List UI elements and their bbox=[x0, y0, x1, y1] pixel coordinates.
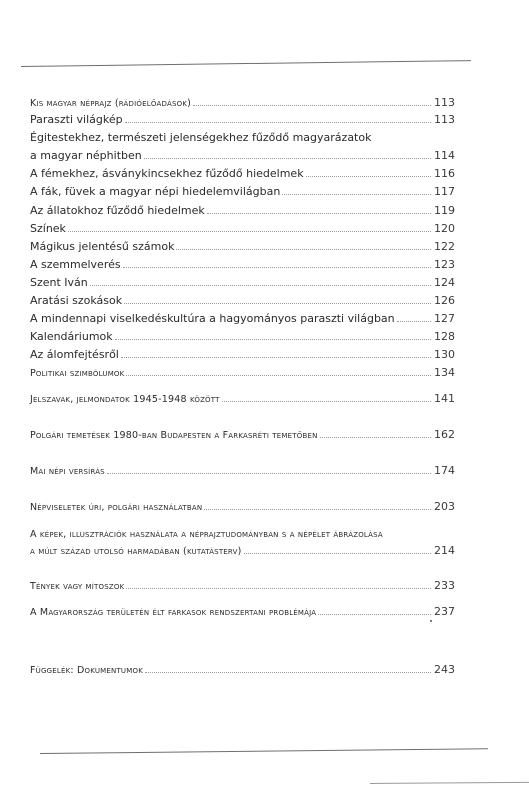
toc-entry: Színek 120 bbox=[30, 222, 455, 235]
dot-leader bbox=[68, 230, 431, 232]
toc-entry-title: Kalendáriumok bbox=[30, 330, 113, 343]
dot-leader bbox=[204, 508, 431, 510]
dot-leader bbox=[126, 587, 431, 589]
dot-leader bbox=[282, 193, 431, 195]
toc-entry-page: 130 bbox=[434, 348, 455, 361]
dot-leader bbox=[244, 552, 431, 554]
toc-entry-title: Az álomfejtésről bbox=[30, 348, 119, 361]
toc-entry-title: A szemmelverés bbox=[30, 258, 121, 271]
toc-entry-title: Polgári temetések 1980-ban Budapesten a … bbox=[30, 429, 318, 442]
dot-leader bbox=[176, 248, 431, 250]
dot-leader bbox=[397, 320, 431, 322]
toc-entry: A szemmelverés 123 bbox=[30, 258, 455, 271]
toc-entry-page: 243 bbox=[434, 663, 455, 676]
toc-entry-page: 126 bbox=[434, 294, 455, 307]
toc-entry: Kalendáriumok 128 bbox=[30, 330, 455, 343]
toc-entry-title: a magyar néphitben bbox=[30, 149, 142, 162]
toc-entry-page: 120 bbox=[434, 222, 455, 235]
toc-entry-page: 123 bbox=[434, 258, 455, 271]
toc-entry: a múlt század utolsó harmadában (kutatás… bbox=[30, 544, 455, 558]
toc-entry-title: A mindennapi viselkedéskultúra a hagyomá… bbox=[30, 312, 395, 325]
toc-entry-page: 113 bbox=[434, 113, 455, 126]
toc-entry: Mai népi versírás 174 bbox=[30, 464, 455, 478]
toc-entry-page: 174 bbox=[434, 464, 455, 477]
toc-entry-title: Aratási szokások bbox=[30, 294, 122, 307]
toc-entry-title: Függelék: Dokumentumok bbox=[30, 664, 143, 677]
dot-leader bbox=[144, 157, 431, 159]
toc-entry: Az álomfejtésről 130 bbox=[30, 348, 455, 361]
toc-entry-title: Népviseletek úri, polgári használatban bbox=[30, 501, 202, 514]
toc-entry: Az állatokhoz fűződő hiedelmek 119 bbox=[30, 204, 455, 217]
toc-entry: Függelék: Dokumentumok 243 bbox=[30, 663, 455, 677]
toc-entry-page: 124 bbox=[434, 276, 455, 289]
toc-entry: Szent Iván 124 bbox=[30, 276, 455, 289]
toc-entry: Aratási szokások 126 bbox=[30, 294, 455, 307]
toc-entry-title: a múlt század utolsó harmadában (kutatás… bbox=[30, 545, 242, 558]
toc-entry: Kis magyar néprajz (rádióelőadások) 113 bbox=[30, 96, 455, 110]
toc-entry-page: 141 bbox=[434, 392, 455, 405]
toc-entry-page: 119 bbox=[434, 204, 455, 217]
toc-entry-page: 122 bbox=[434, 240, 455, 253]
dot-leader bbox=[123, 266, 431, 268]
toc-entry-page: 233 bbox=[434, 579, 455, 592]
toc-entry-title: Jelszavak, jelmondatok 1945-1948 között bbox=[30, 393, 220, 406]
dot-leader bbox=[318, 613, 431, 615]
dot-leader bbox=[115, 338, 431, 340]
toc-entry: Jelszavak, jelmondatok 1945-1948 között … bbox=[30, 392, 455, 406]
dot-leader bbox=[320, 436, 431, 438]
toc-entry-title: Szent Iván bbox=[30, 276, 88, 289]
toc-entry-title: Tények vagy mítoszok bbox=[30, 580, 124, 593]
toc-entry: A Magyarország területén élt farkasok re… bbox=[30, 605, 455, 619]
toc-entry-title-line1: Égitestekhez, természeti jelenségekhez f… bbox=[30, 131, 371, 144]
toc-entry-page: 203 bbox=[434, 500, 455, 513]
toc-entry-title: Kis magyar néprajz (rádióelőadások) bbox=[30, 97, 191, 110]
toc-entry-page: 237 bbox=[434, 605, 455, 618]
toc-entry: Tények vagy mítoszok 233 bbox=[30, 579, 455, 593]
toc-entry-page: 214 bbox=[434, 544, 455, 557]
toc-entry-title: Paraszti világkép bbox=[30, 113, 123, 126]
dot-leader bbox=[121, 356, 431, 358]
dot-leader bbox=[126, 374, 431, 376]
dot-leader bbox=[90, 284, 431, 286]
toc-entry: Paraszti világkép 113 bbox=[30, 113, 455, 126]
toc-entry-page: 114 bbox=[434, 149, 455, 162]
dot-leader bbox=[207, 212, 431, 214]
table-of-contents: Kis magyar néprajz (rádióelőadások) 113 … bbox=[0, 0, 529, 785]
toc-entry-title: Színek bbox=[30, 222, 66, 235]
dot-leader bbox=[107, 472, 431, 474]
toc-entry-title: Politikai szimbólumok bbox=[30, 367, 124, 380]
toc-entry-page: 113 bbox=[434, 96, 455, 109]
toc-entry-page: 134 bbox=[434, 366, 455, 379]
toc-entry: A mindennapi viselkedéskultúra a hagyomá… bbox=[30, 312, 455, 325]
dot-leader bbox=[193, 104, 431, 106]
toc-entry-page: 117 bbox=[434, 185, 455, 198]
scan-speck bbox=[430, 620, 432, 622]
toc-entry: a magyar néphitben 114 bbox=[30, 149, 455, 162]
toc-entry-title: Mágikus jelentésű számok bbox=[30, 240, 174, 253]
toc-entry-title-line1: A képek, illusztrációk használata a népr… bbox=[30, 528, 383, 541]
toc-entry-title: Az állatokhoz fűződő hiedelmek bbox=[30, 204, 205, 217]
toc-entry: A fák, füvek a magyar népi hiedelemvilág… bbox=[30, 185, 455, 198]
toc-entry-title: A fák, füvek a magyar népi hiedelemvilág… bbox=[30, 185, 280, 198]
toc-entry-page: 162 bbox=[434, 428, 455, 441]
dot-leader bbox=[124, 302, 431, 304]
toc-entry-page: 128 bbox=[434, 330, 455, 343]
dot-leader bbox=[145, 671, 431, 673]
toc-entry: A fémekhez, ásványkincsekhez fűződő hied… bbox=[30, 167, 455, 180]
dot-leader bbox=[125, 121, 431, 123]
toc-entry-title: Mai népi versírás bbox=[30, 465, 105, 478]
toc-entry: Mágikus jelentésű számok 122 bbox=[30, 240, 455, 253]
toc-entry: Polgári temetések 1980-ban Budapesten a … bbox=[30, 428, 455, 442]
toc-entry-page: 116 bbox=[434, 167, 455, 180]
toc-entry: Népviseletek úri, polgári használatban 2… bbox=[30, 500, 455, 514]
toc-entry-page: 127 bbox=[434, 312, 455, 325]
dot-leader bbox=[222, 400, 431, 402]
toc-entry: Politikai szimbólumok 134 bbox=[30, 366, 455, 380]
toc-entry-title: A fémekhez, ásványkincsekhez fűződő hied… bbox=[30, 167, 304, 180]
dot-leader bbox=[306, 175, 431, 177]
toc-entry-title: A Magyarország területén élt farkasok re… bbox=[30, 606, 316, 619]
